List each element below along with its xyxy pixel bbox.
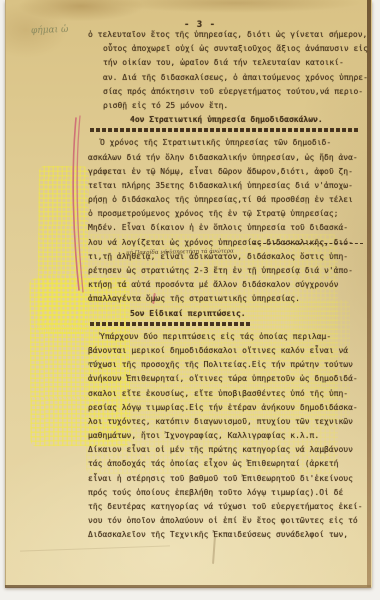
text-line: ὁ τελευταῖον ἔτος τῆς ὑπηρεσίας, διότι ὡ… <box>88 28 370 42</box>
text-line: ὁ προσμετρούμενος χρόνος τῆς ἐν τῷ Στρατ… <box>88 207 370 221</box>
text-line: οὗτος ἀποχωρεῖ οὐχί ὡς συνταξιοῦχος ἄξιο… <box>88 42 370 56</box>
red-pencil-margin-line <box>64 112 90 302</box>
paper-bottom-edge <box>5 585 371 588</box>
text-line: ρέτησεν ὡς στρατιώτης 2-3 ἔτη ἐν τῇ ὑπηρ… <box>88 264 370 278</box>
text-line: ρεσίας λόγῳ τιμωρίας.Εἰς τήν ἑτέραν ἀνήκ… <box>88 401 370 415</box>
text-line: Διδασκαλεῖον τῆς Τεχνικῆς Ἐκπαιδεύσεως σ… <box>88 528 370 542</box>
text-line: Μηδέν. Εἶναι δίκαιον ἡ ἐν ὅπλοις ὑπηρεσί… <box>88 221 370 235</box>
text-line: Ὁ χρόνος τῆς Στρατιωτικῆς ὑπηρεσίας τῶν … <box>88 136 370 150</box>
heading-underline <box>90 322 252 326</box>
text-line: μαθημάτων, ἤτοι Ἰχνογραφίας, Καλλιγραφία… <box>88 429 370 443</box>
text-line: νου τόν ὁποῖον ἀπολαύουν οἱ ἐπί ἕν ἔτος … <box>88 514 370 528</box>
text-line: τεῖται πλήρης 35ετης διδασκαλική ὑπηρεσί… <box>88 179 370 193</box>
typewritten-text: ὁ τελευταῖον ἔτος τῆς ὑπηρεσίας, διότι ὡ… <box>88 28 370 543</box>
text-line: λοι τυχόντες, κατόπιν διαγωνισμοῦ, πτυχί… <box>88 415 370 429</box>
text-line: τῆς δευτέρας κατηγορίας νά τύχωσι τοῦ εὐ… <box>88 500 370 514</box>
section-5-heading: 5ον Εἰδικαί περιπτώσεις. <box>88 307 370 321</box>
text-line: εἶναι ἡ στέρησις τοῦ βαθμοῦ τοῦ Ἐπιθεωρη… <box>88 472 370 486</box>
text-line: σίας πρός ἀπόκτησιν τοῦ εὐεργετήματος το… <box>88 85 370 99</box>
text-line: γράφεται ἐν τῷ Νόμῳ, εἶναι δῶρον ἄδωρον,… <box>88 165 370 179</box>
heading-underline <box>90 128 360 132</box>
text-line: ρισθῇ εἰς τό 25 μόνον ἔτη. <box>88 99 370 113</box>
text-line: τύχωσι τῆς προσοχῆς τῆς Πολιτείας.Εἰς τή… <box>88 358 370 372</box>
text-line: κτήσῃ τά αὐτά προσόντα μέ ἄλλον διδάσκαλ… <box>88 278 370 292</box>
text-line: Ὑπάρχουν δύο περιπτώσεις εἰς τάς ὁποίας … <box>88 330 370 344</box>
text-line: πρός τούς ὁποίους ἐπεβλήθη τοῦτο λόγῳ τι… <box>88 486 370 500</box>
text-line: τήν οἰκίαν του, ὡραῖον διά τήν τελευταία… <box>88 56 370 70</box>
text-line: βάνονται μερικοί δημοδιδάσκαλοι οἵτινες … <box>88 344 370 358</box>
text-line: Δίκαιον εἶναι οἱ μέν τῆς πρώτης κατηγορί… <box>88 443 370 457</box>
text-line: σκαλοι εἴτε ἑκουσίως, εἴτε ὑποβιβασθέντε… <box>88 387 370 401</box>
section-4-heading: 4ον Στρατιωτική ὑπηρεσία δημοδιδασκάλων. <box>88 113 370 127</box>
text-line: ασκάλων διά τήν ὅλην διδασκαλικήν ὑπηρεσ… <box>88 151 370 165</box>
text-line: αν. Διά τῆς διδασκαλίσεως, ὁ ἀπαιτούμενο… <box>88 71 370 85</box>
handwritten-margin-note: σημ. <box>88 361 101 367</box>
text-line: ἀνήκουν Ἐπιθεωρηταί, οἵτινες τώρα ὑπηρετ… <box>88 372 370 386</box>
text-line: ρήσῃ ὁ διδάσκαλος τῆς ὑπηρεσίας,τί θά πρ… <box>88 193 370 207</box>
text-line: τάς ἀποδοχάς τάς ὁποίας εἶχον ὡς Ἐπιθεωρ… <box>88 457 370 471</box>
dashed-emphasis-underline <box>253 243 363 244</box>
text-line: ἀπαλλαγέντα ὅμως τῆς στρατιωτικῆς ὑπηρεσ… <box>88 292 370 306</box>
